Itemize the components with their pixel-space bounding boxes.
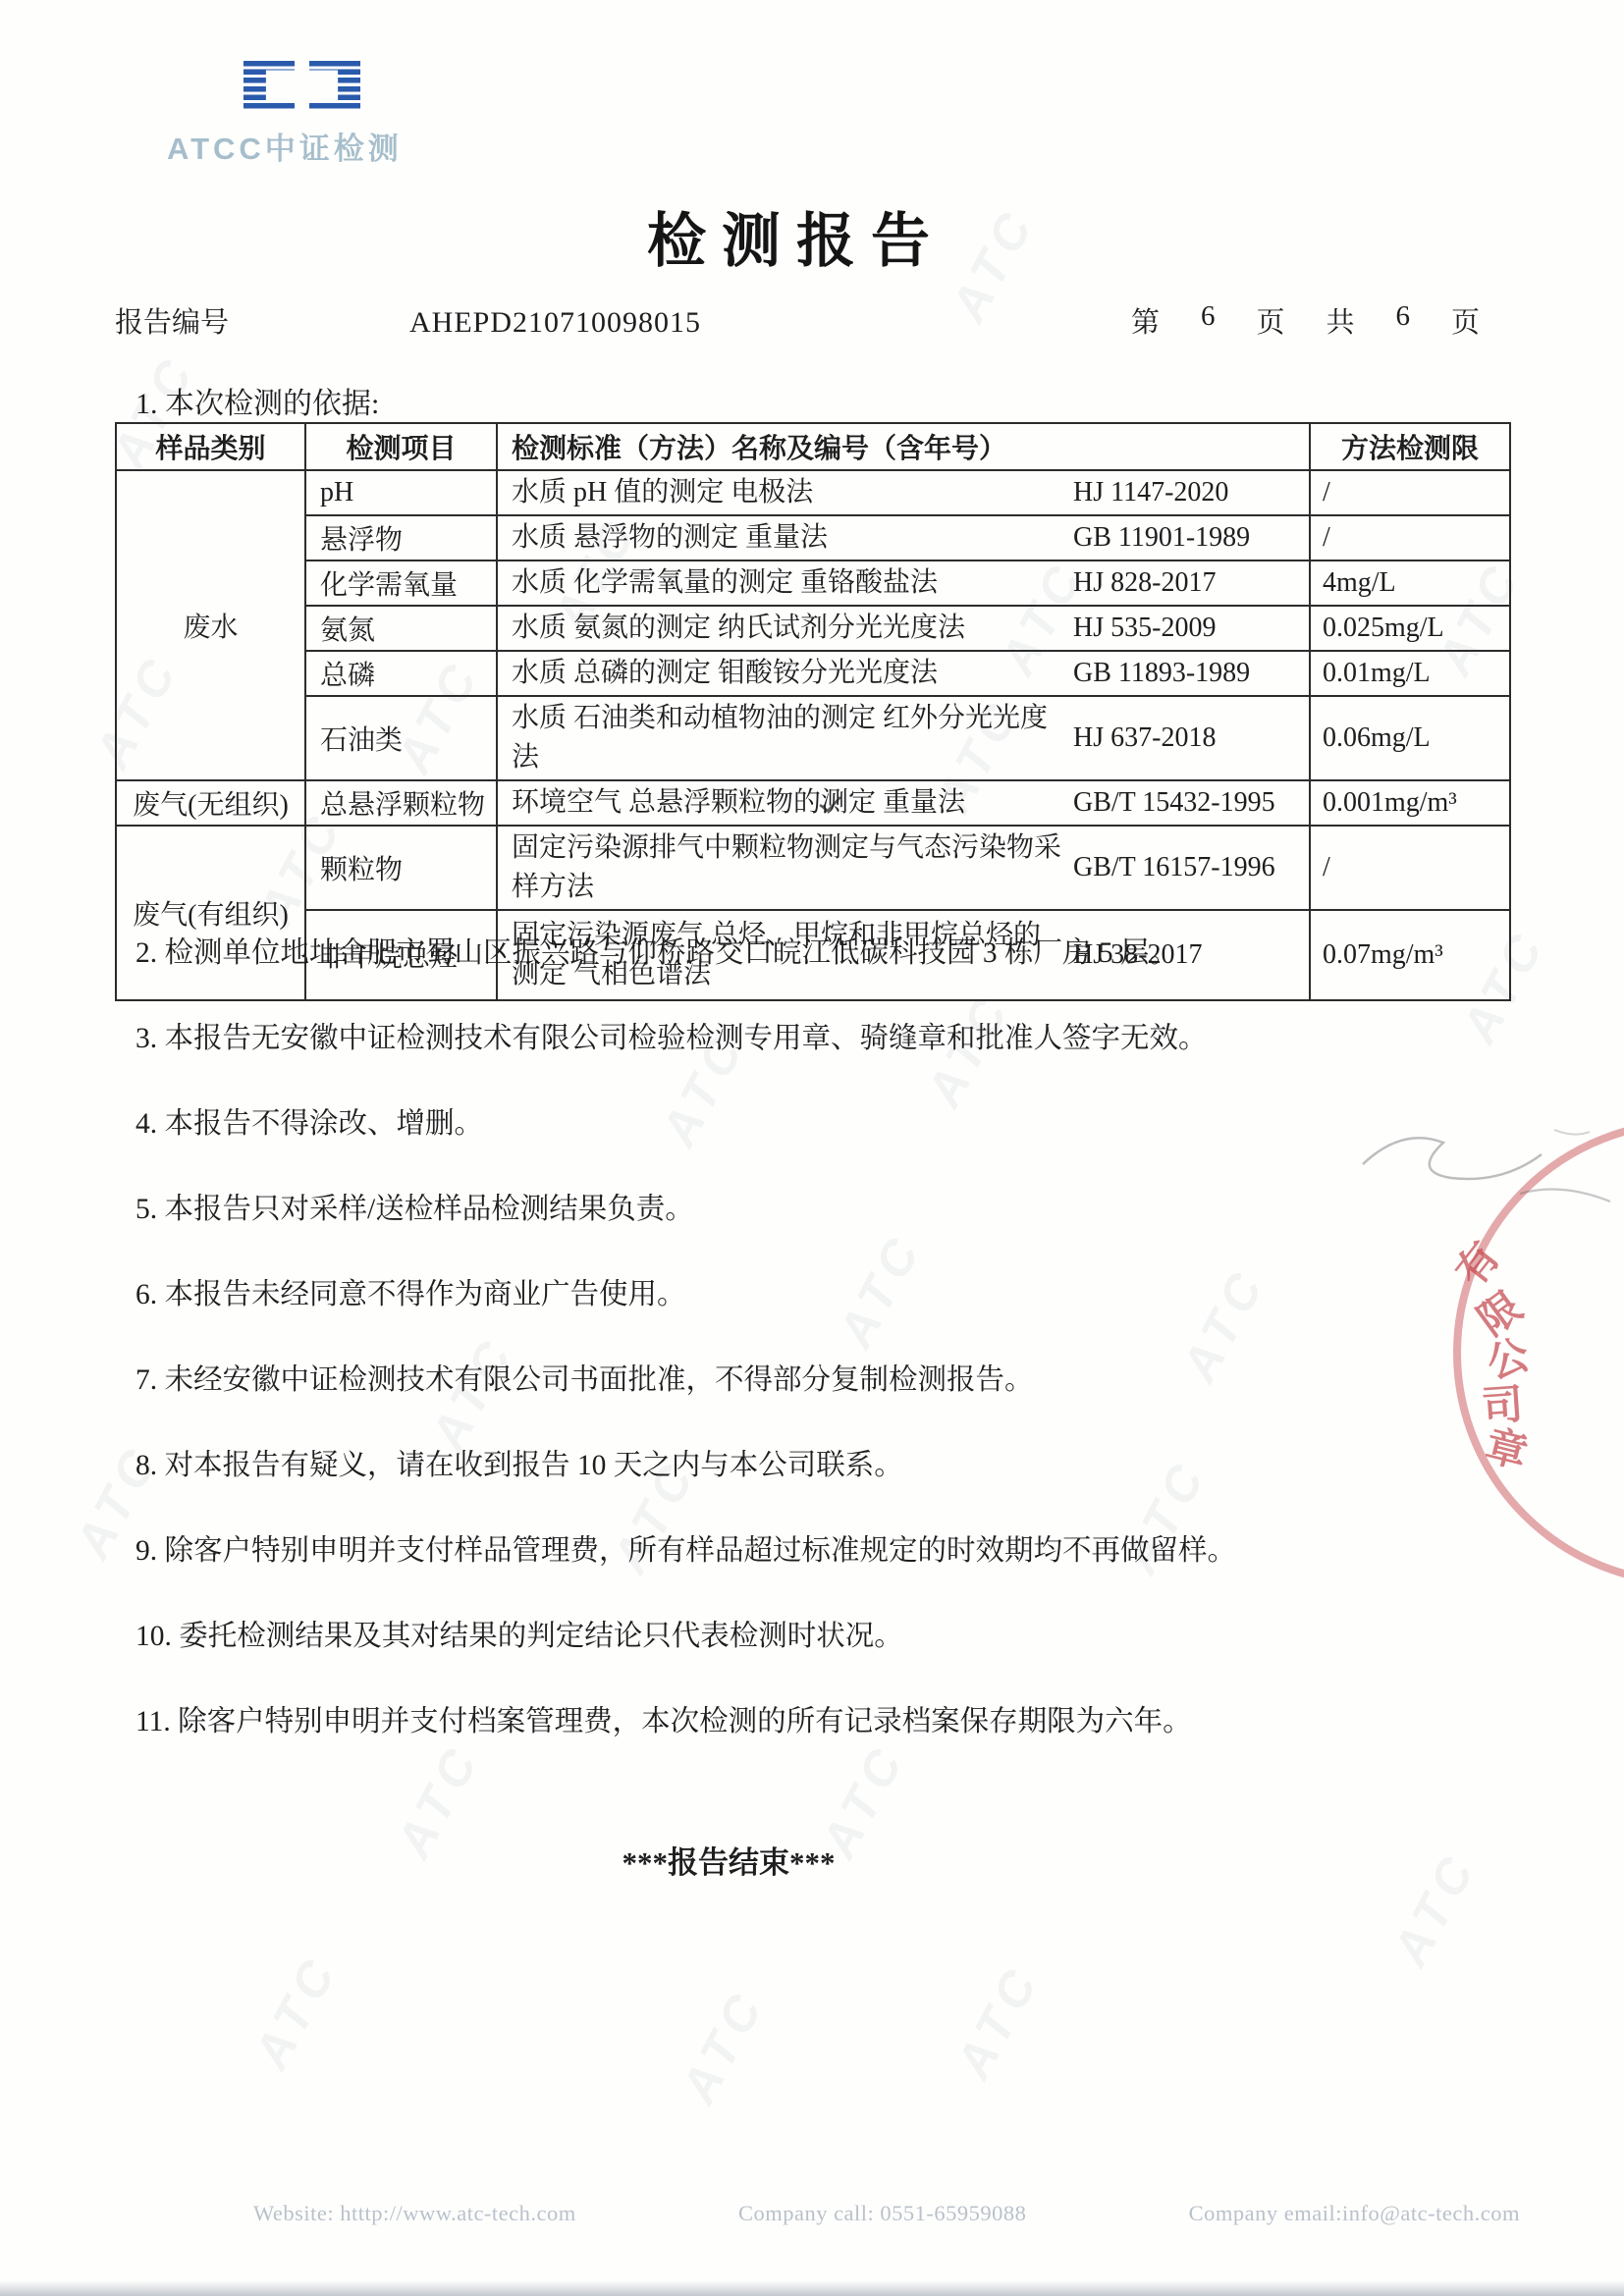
page-footer: Website: htttp://www.atc-tech.com Compan… <box>0 2201 1624 2226</box>
pagination-token: 页 <box>1451 300 1480 341</box>
item-cell: 总磷 <box>305 651 497 696</box>
pen-tick-icon <box>817 793 844 817</box>
method-name: 固定污染源排气中颗粒物测定与气态污染物采样方法 <box>512 828 1073 907</box>
brand-name: ATCC中证检测 <box>167 124 403 168</box>
limit-cell: 0.025mg/L <box>1310 606 1510 651</box>
note-item: 11. 除客户特别申明并支付档案管理费，本次检测的所有记录档案保存期限为六年。 <box>135 1701 1520 1742</box>
table-row: 废气(无组织) 总悬浮颗粒物 环境空气 总悬浮颗粒物的测定 重量法 GB/T 1… <box>116 780 1510 826</box>
limit-cell: 0.001mg/m³ <box>1310 780 1510 826</box>
section-1-heading: 1. 本次检测的依据: <box>135 379 379 422</box>
item-cell: 石油类 <box>305 696 497 780</box>
note-item: 4. 本报告不得涂改、增删。 <box>135 1103 1520 1145</box>
company-logo <box>244 61 360 110</box>
table-row: 废气(有组织) 颗粒物 固定污染源排气中颗粒物测定与气态污染物采样方法 GB/T… <box>116 826 1510 910</box>
note-item: 3. 本报告无安徽中证检测技术有限公司检验检测专用章、骑缝章和批准人签字无效。 <box>135 1018 1520 1059</box>
item-cell: pH <box>305 470 497 515</box>
footer-email: Company email:info@atc-tech.com <box>1189 2201 1520 2226</box>
note-item: 9. 除客户特别申明并支付样品管理费，所有样品超过标准规定的时效期均不再做留样。 <box>135 1530 1520 1572</box>
method-name: 水质 石油类和动植物油的测定 红外分光光度法 <box>512 699 1073 777</box>
method-cell: 水质 悬浮物的测定 重量法 GB 11901-1989 <box>497 515 1310 561</box>
method-name: 水质 pH 值的测定 电极法 <box>512 473 1073 512</box>
watermark: ATC <box>243 1945 350 2078</box>
limit-cell: / <box>1310 470 1510 515</box>
note-item: 2. 检测单位地址合肥市蜀山区振兴路与仰桥路交口皖江低碳科技园 3 栋厂房 5 … <box>135 933 1520 974</box>
standard-code: GB/T 15432-1995 <box>1073 787 1301 819</box>
limit-cell: 0.06mg/L <box>1310 696 1510 780</box>
method-cell: 水质 总磷的测定 钼酸铵分光光度法 GB 11893-1989 <box>497 651 1310 696</box>
method-cell: 固定污染源排气中颗粒物测定与气态污染物采样方法 GB/T 16157-1996 <box>497 826 1310 910</box>
table-header-row: 样品类别 检测项目 检测标准（方法）名称及编号（含年号） 方法检测限 <box>116 423 1510 470</box>
standard-code: HJ 637-2018 <box>1073 722 1301 754</box>
method-cell: 水质 石油类和动植物油的测定 红外分光光度法 HJ 637-2018 <box>497 696 1310 780</box>
limit-cell: 0.01mg/L <box>1310 651 1510 696</box>
report-no-value: AHEPD210710098015 <box>409 306 701 340</box>
method-cell: 水质 氨氮的测定 纳氏试剂分光光度法 HJ 535-2009 <box>497 606 1310 651</box>
pagination-token: 第 <box>1131 300 1160 341</box>
method-name: 水质 总磷的测定 钼酸铵分光光度法 <box>512 654 1073 693</box>
logo-right-bracket-icon <box>309 61 360 110</box>
note-item: 7. 未经安徽中证检测技术有限公司书面批准，不得部分复制检测报告。 <box>135 1360 1520 1401</box>
standard-code: GB 11893-1989 <box>1073 658 1301 689</box>
method-cell: 水质 化学需氧量的测定 重铬酸盐法 HJ 828-2017 <box>497 561 1310 606</box>
standards-table: 样品类别 检测项目 检测标准（方法）名称及编号（含年号） 方法检测限 废水 pH… <box>115 422 1511 1001</box>
table-row: 氨氮 水质 氨氮的测定 纳氏试剂分光光度法 HJ 535-2009 0.025m… <box>116 606 1510 651</box>
logo-left-bracket-icon <box>244 61 295 110</box>
pagination: 第 6 页 共 6 页 <box>1131 300 1509 341</box>
standard-code: HJ 1147-2020 <box>1073 477 1301 508</box>
pagination-token: 共 <box>1326 300 1354 341</box>
method-cell: 水质 pH 值的测定 电极法 HJ 1147-2020 <box>497 470 1310 515</box>
item-cell: 悬浮物 <box>305 515 497 561</box>
pagination-token: 6 <box>1395 300 1410 341</box>
item-cell: 总悬浮颗粒物 <box>305 780 497 826</box>
method-name: 水质 悬浮物的测定 重量法 <box>512 518 1073 558</box>
standard-code: GB/T 16157-1996 <box>1073 852 1301 883</box>
note-item: 6. 本报告未经同意不得作为商业广告使用。 <box>135 1274 1520 1315</box>
watermark: ATC <box>945 1954 1052 2088</box>
table-row: 总磷 水质 总磷的测定 钼酸铵分光光度法 GB 11893-1989 0.01m… <box>116 651 1510 696</box>
report-page: ATC ATC ATC ATC ATC ATC ATC ATC ATC ATC … <box>0 0 1624 2296</box>
footer-website: Website: htttp://www.atc-tech.com <box>253 2201 576 2226</box>
pagination-token: 页 <box>1256 300 1284 341</box>
item-cell: 颗粒物 <box>305 826 497 910</box>
report-end-mark: ***报告结束*** <box>0 1838 1541 1882</box>
note-item: 8. 对本报告有疑义，请在收到报告 10 天之内与本公司联系。 <box>135 1445 1520 1486</box>
report-no-label: 报告编号 <box>115 300 229 341</box>
watermark: ATC <box>670 1979 777 2112</box>
header-sample-category: 样品类别 <box>116 423 305 470</box>
note-item: 5. 本报告只对采样/送检样品检测结果负责。 <box>135 1189 1520 1230</box>
pen-scribble-icon <box>1333 1095 1624 1262</box>
pagination-token: 6 <box>1201 300 1216 341</box>
limit-cell: / <box>1310 826 1510 910</box>
limit-cell: 4mg/L <box>1310 561 1510 606</box>
table-row: 悬浮物 水质 悬浮物的测定 重量法 GB 11901-1989 / <box>116 515 1510 561</box>
method-name: 环境空气 总悬浮颗粒物的测定 重量法 <box>512 783 1073 823</box>
report-meta: 报告编号 AHEPD210710098015 第 6 页 共 6 页 <box>115 300 1509 341</box>
table-row: 废水 pH 水质 pH 值的测定 电极法 HJ 1147-2020 / <box>116 470 1510 515</box>
note-item: 10. 委托检测结果及其对结果的判定结论只代表检测时状况。 <box>135 1616 1520 1657</box>
header-test-item: 检测项目 <box>305 423 497 470</box>
method-name: 水质 氨氮的测定 纳氏试剂分光光度法 <box>512 609 1073 648</box>
limit-cell: / <box>1310 515 1510 561</box>
category-cell: 废水 <box>116 470 305 780</box>
header-detection-limit: 方法检测限 <box>1310 423 1510 470</box>
item-cell: 化学需氧量 <box>305 561 497 606</box>
footer-phone: Company call: 0551-65959088 <box>738 2201 1026 2226</box>
report-notes: 2. 检测单位地址合肥市蜀山区振兴路与仰桥路交口皖江低碳科技园 3 栋厂房 5 … <box>135 933 1520 1787</box>
standard-code: HJ 535-2009 <box>1073 613 1301 644</box>
item-cell: 氨氮 <box>305 606 497 651</box>
standard-code: HJ 828-2017 <box>1073 567 1301 599</box>
header-standard: 检测标准（方法）名称及编号（含年号） <box>497 423 1310 470</box>
table-row: 化学需氧量 水质 化学需氧量的测定 重铬酸盐法 HJ 828-2017 4mg/… <box>116 561 1510 606</box>
page-title: 检测报告 <box>0 194 1600 279</box>
standard-code: GB 11901-1989 <box>1073 522 1301 554</box>
method-cell: 环境空气 总悬浮颗粒物的测定 重量法 GB/T 15432-1995 <box>497 780 1310 826</box>
table-row: 石油类 水质 石油类和动植物油的测定 红外分光光度法 HJ 637-2018 0… <box>116 696 1510 780</box>
category-cell: 废气(无组织) <box>116 780 305 826</box>
method-name: 水质 化学需氧量的测定 重铬酸盐法 <box>512 563 1073 603</box>
scan-edge-shadow <box>0 2280 1624 2296</box>
